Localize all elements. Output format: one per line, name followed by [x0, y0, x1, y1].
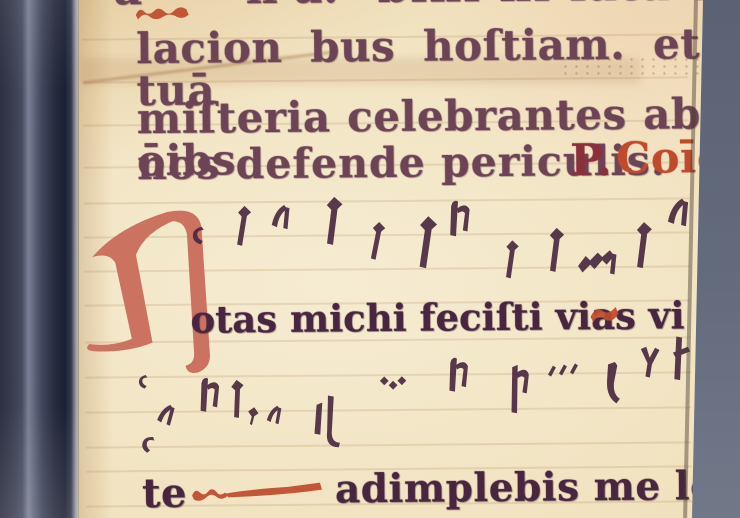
ruled-line [83, 197, 689, 204]
neume-virga [326, 197, 343, 245]
ruled-line [85, 406, 691, 413]
neume-climacus [200, 378, 219, 412]
text-line4-rubric-communio: Coīō [616, 137, 726, 181]
neume-comma [140, 434, 155, 453]
ruled-line [84, 231, 690, 238]
neume-ytail [607, 362, 620, 404]
neume-pes [157, 403, 176, 426]
rubric-mark-filler [192, 483, 322, 501]
manuscript-photo: a n a. bini ni lata so lacion bus hoſtia… [0, 0, 740, 518]
neume-virga [505, 240, 519, 279]
neume-pes [272, 205, 290, 229]
text-line1-fragment-c: bini ni lata so [377, 0, 740, 10]
text-line4-versicle-mark: P. [570, 139, 613, 183]
neume-virga [418, 216, 437, 269]
text-line6-main: adimplebis me letici [335, 467, 740, 510]
illuminated-initial-N [80, 203, 222, 384]
page-content: a n a. bini ni lata so lacion bus hoſtia… [0, 0, 740, 518]
neume-pes [668, 199, 689, 227]
text-line1-fragment-a: a [113, 0, 142, 12]
ruled-line [85, 371, 691, 378]
neume-virga [370, 221, 386, 260]
neume-hooktall [314, 395, 340, 447]
neume-quilisma [578, 250, 617, 275]
parchment-page: a n a. bini ni lata so lacion bus hoſtia… [0, 0, 740, 518]
text-line6-start: te [142, 474, 187, 514]
neume-virga [236, 206, 251, 247]
text-line1-fragment-b: n a. [245, 0, 339, 11]
neume-climacus [450, 201, 470, 237]
neume-pes [267, 405, 282, 424]
text-line5-end: vi [648, 297, 685, 334]
left-dark-board [0, 0, 79, 518]
ruled-line [86, 441, 692, 448]
ruled-line [84, 265, 690, 272]
text-line5-main: otas michi feciſti vias [190, 298, 636, 339]
neume-wave [380, 376, 407, 389]
neume-ticks [548, 363, 578, 376]
rubric-mark-scribble [136, 7, 189, 19]
neume-virga [636, 222, 652, 268]
